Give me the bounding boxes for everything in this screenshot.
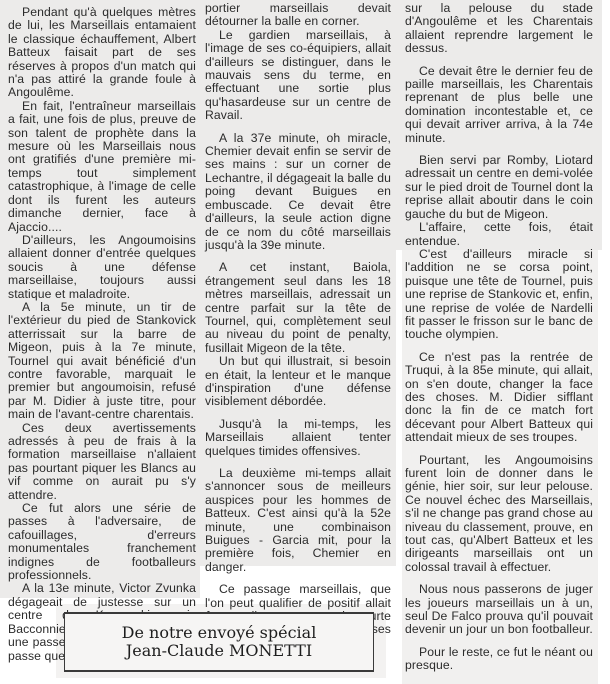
paragraph: A la 5e minute, un tir de l'extérieur du… bbox=[8, 301, 196, 422]
paragraph: Pendant qu'à quelques mètres de lui, les… bbox=[8, 6, 196, 100]
article-column-2: portier marseillais devait détourner la … bbox=[205, 2, 391, 650]
paragraph: Nous nous passerons de juger les joueurs… bbox=[405, 583, 593, 637]
byline-title: De notre envoyé spécial bbox=[122, 624, 317, 642]
paragraph: sur la pelouse du stade d'Angoulême et l… bbox=[405, 2, 593, 56]
paragraph: Ce n'est pas la rentrée de Truqui, à la … bbox=[405, 351, 593, 445]
paragraph: portier marseillais devait détourner la … bbox=[205, 2, 391, 29]
article-column-1: Pendant qu'à quelques mètres de lui, les… bbox=[8, 6, 196, 663]
paragraph: La deuxième mi-temps allait s'annoncer s… bbox=[205, 467, 391, 574]
paragraph: Ce devait être le dernier feu de paille … bbox=[405, 65, 593, 145]
paragraph: Un but qui illustrait, si besoin en étai… bbox=[205, 355, 391, 409]
paragraph: A la 37e minute, oh miracle, Chemier dev… bbox=[205, 132, 391, 253]
paragraph: Bien servi par Romby, Liotard adressait … bbox=[405, 154, 593, 221]
paragraph: Ce fut alors une série de passes à l'adv… bbox=[8, 502, 196, 582]
paragraph: A cet instant, Baiola, étrangement seul … bbox=[205, 261, 391, 355]
paragraph: Le gardien marseillais, à l'image de ses… bbox=[205, 29, 391, 123]
article-column-3: sur la pelouse du stade d'Angoulême et l… bbox=[405, 2, 593, 673]
paragraph: Ces deux avertissements adressés à peu d… bbox=[8, 422, 196, 502]
paragraph: C'est d'ailleurs miracle si l'addition n… bbox=[405, 248, 593, 342]
byline-box: De notre envoyé spécial Jean-Claude MONE… bbox=[64, 612, 374, 672]
paragraph: Jusqu'à la mi-temps, les Marseillais all… bbox=[205, 418, 391, 458]
byline-author: Jean-Claude MONETTI bbox=[126, 642, 312, 660]
paragraph: En fait, l'entraîneur marseillais a fait… bbox=[8, 100, 196, 234]
paragraph: L'affaire, cette fois, était entendue. bbox=[405, 221, 593, 248]
paragraph: Pourtant, les Angoumoisins furent loin d… bbox=[405, 454, 593, 575]
paragraph: Pour le reste, ce fut le néant ou presqu… bbox=[405, 646, 593, 673]
paragraph: D'ailleurs, les Angoumoisins allaient do… bbox=[8, 234, 196, 301]
